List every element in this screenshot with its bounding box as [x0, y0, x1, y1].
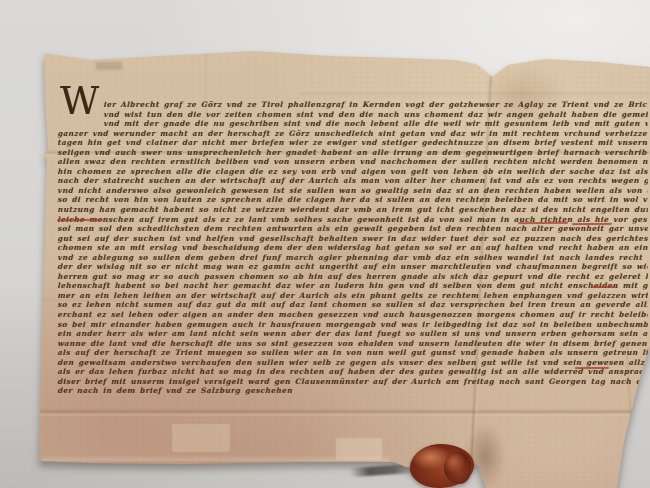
scuff-patch [172, 424, 230, 452]
manuscript-text: ier Albrecht graf ze Görz vnd ze Tirol p… [58, 100, 648, 396]
wax-seal [410, 444, 474, 488]
manuscript-line: diser brief mit unserm insigel versigelt… [57, 377, 648, 387]
manuscript-line: herren gut so mag er so auch passen chom… [57, 272, 648, 282]
manuscript-line: als auf der herschaft ze Trient muegen s… [57, 348, 648, 358]
manuscript-photo: W ier Albrecht graf ze Görz vnd ze Tirol… [0, 0, 650, 488]
red-ink-mark [57, 219, 103, 221]
manuscript-line: so di recht von hin von lauten ze sprech… [57, 195, 648, 205]
manuscript-line: als er das lehen furbaz nicht hat so mag… [57, 367, 648, 377]
manuscript-line: den gewaltsam anderstwo verchaufen den s… [57, 358, 648, 368]
manuscript-line: sol man sol den schedlichsten dem rechte… [57, 224, 648, 234]
manuscript-line: ganzer vnd werunder macht an der herscha… [57, 129, 648, 139]
manuscript-line: chomen sie an mit erslag vnd beschaidung… [57, 243, 648, 253]
red-ink-mark [572, 223, 612, 225]
manuscript-line: der der wislag nit so er nicht mag wan e… [57, 262, 648, 272]
manuscript-line: vnd wist tun den die vor zeiten chomen s… [57, 110, 648, 120]
manuscript-line: gut sei auf der suchen ist vnd helfen vn… [57, 234, 648, 244]
wax-seal-blob [444, 452, 471, 484]
red-ink-mark [518, 222, 568, 224]
manuscript-line: tagen hin get vnd clainer dar nicht mer … [57, 138, 648, 148]
parchment-wrap: W ier Albrecht graf ze Görz vnd ze Tirol… [0, 0, 650, 488]
red-ink-mark [575, 367, 609, 369]
manuscript-line: ein ander herr als wier am lant nicht se… [57, 329, 648, 339]
manuscript-line: so bei mir einander haben gemugen auch i… [57, 320, 648, 330]
manuscript-line: ier Albrecht graf ze Görz vnd ze Tirol p… [57, 100, 648, 110]
fold-crease-top [300, 92, 650, 98]
manuscript-line: wanne die lant vnd die herschaft die uns… [57, 339, 648, 349]
manuscript-line: seligen vnd auch swer uns unsprechenleic… [57, 148, 648, 158]
manuscript-line: erchant ez sei lehen oder aigen an ander… [57, 310, 648, 320]
red-ink-mark [592, 286, 616, 288]
manuscript-line: hin chomen ze sprechen alle die clagen d… [57, 167, 648, 177]
parchment: W ier Albrecht graf ze Görz vnd ze Tirol… [0, 0, 650, 488]
fold-crease-lower [36, 409, 640, 416]
manuscript-line: der nach in dem brief vnd ze Salzburg ge… [57, 386, 298, 396]
manuscript-line: vnd ze ablegung so sullen dem geben drei… [57, 253, 648, 263]
manuscript-line: nach der statrecht suchen an der wirtsch… [57, 176, 648, 186]
archival-pencil-smudge [96, 62, 122, 70]
manuscript-line: allen swaz den rechten ernstlich beliben… [57, 157, 648, 167]
manuscript-line: vnd mit der gnade die nu geschriben sint… [57, 119, 648, 129]
scuff-patch [336, 438, 382, 460]
manuscript-line: so ez lehen nicht sumen auf daz gut da m… [57, 300, 648, 310]
manuscript-line: lehenschaft habent so bei nacht her gema… [57, 281, 648, 291]
manuscript-line: nutzung han gemacht habent so nicht ze w… [57, 205, 648, 215]
